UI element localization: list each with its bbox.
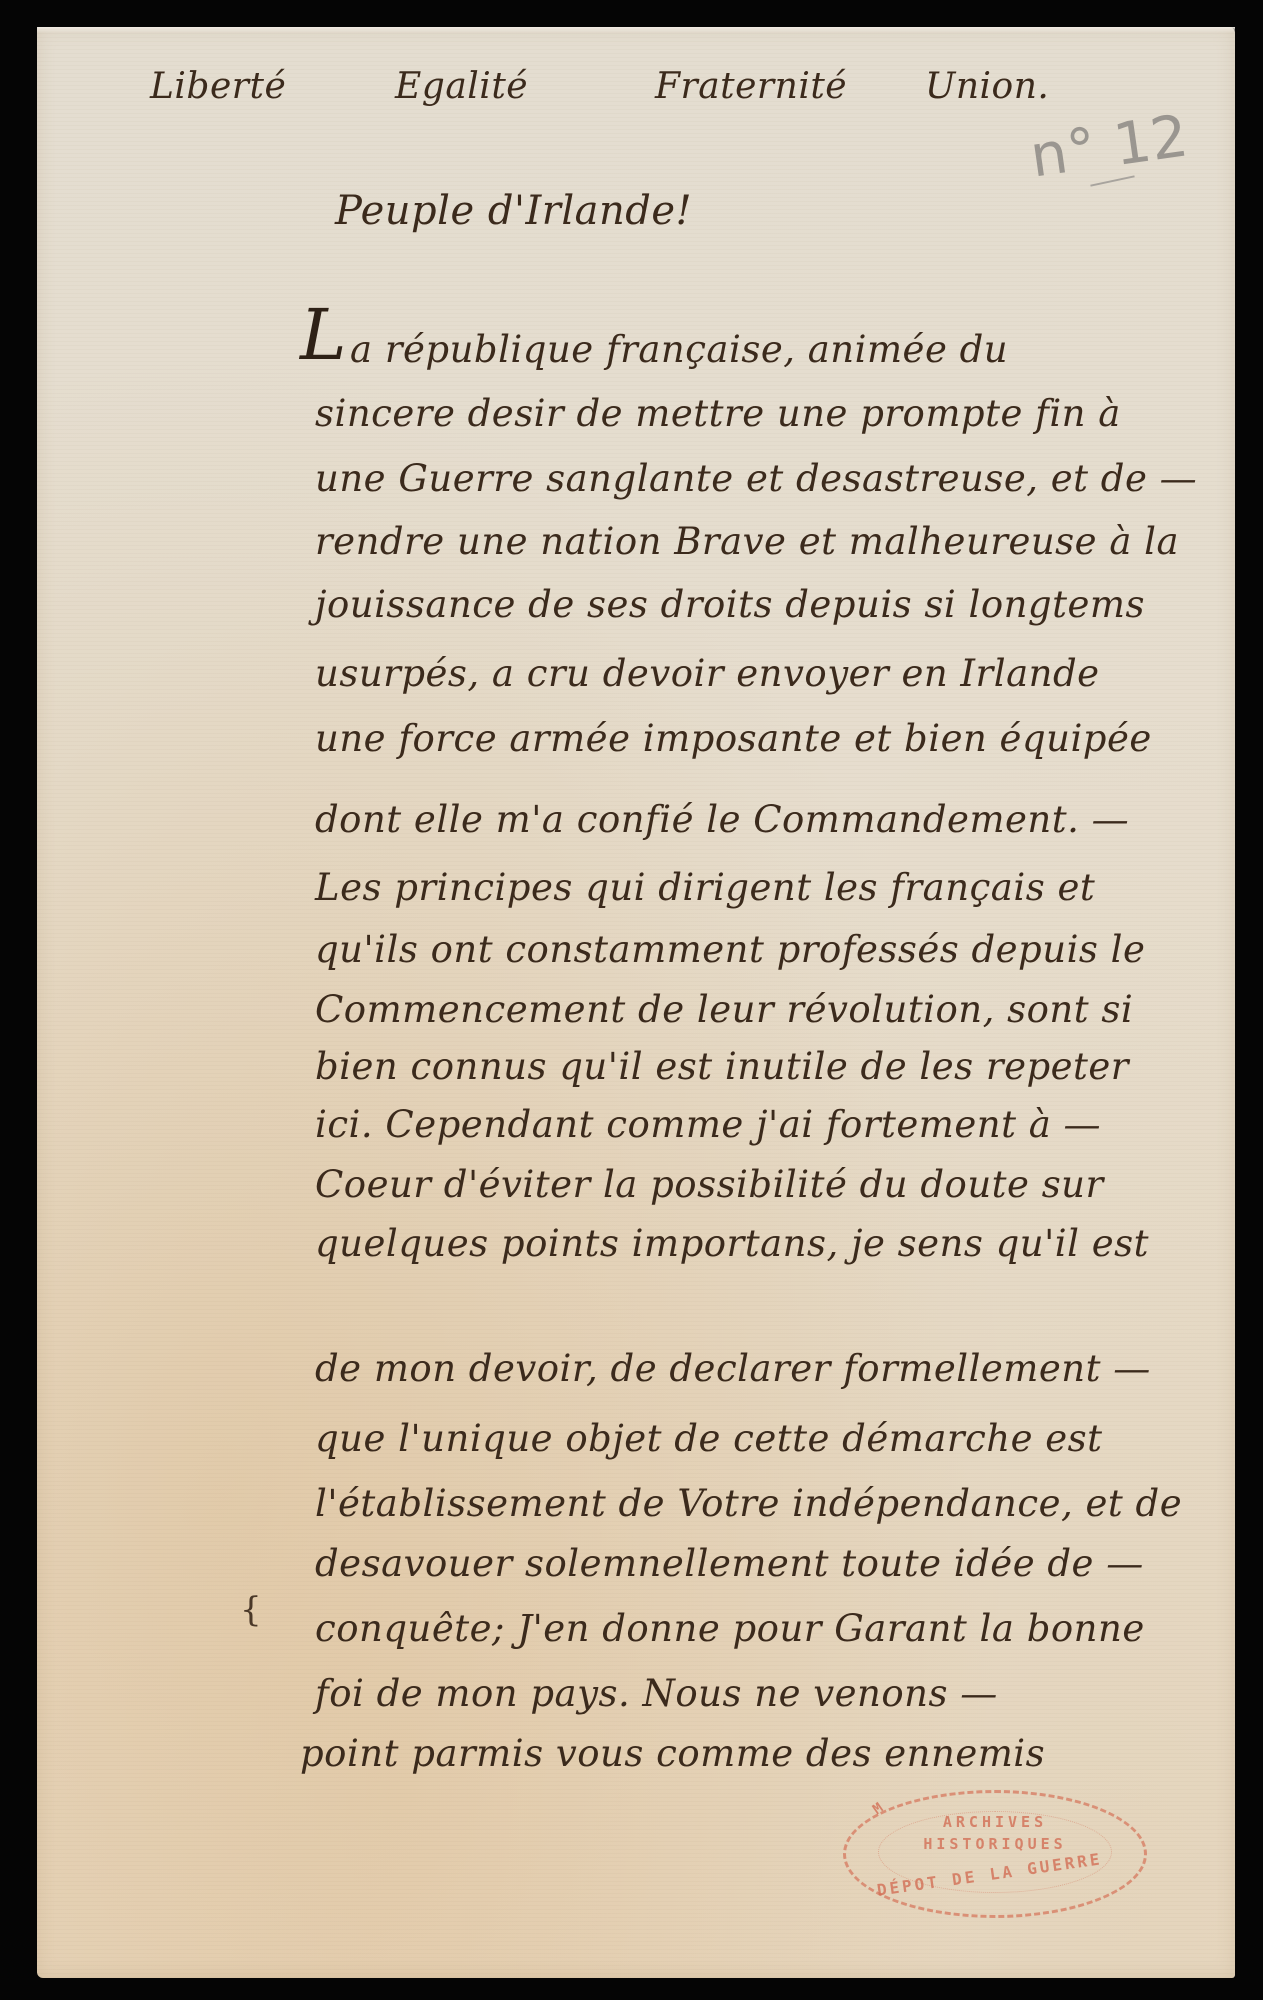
paper-edge	[37, 27, 1235, 33]
motto-union: Union.	[925, 66, 1049, 107]
text-line: foi de mon pays. Nous ne venons —	[315, 1672, 1195, 1715]
motto-egalite: Egalité	[395, 66, 528, 107]
text-line: une force armée imposante et bien équipé…	[315, 717, 1195, 760]
text-line: Les principes qui dirigent les français …	[315, 866, 1195, 909]
text-line: desavouer solemnellement toute idée de —	[315, 1542, 1195, 1585]
text-line: point parmis vous comme des ennemis	[300, 1732, 1180, 1775]
text-line: usurpés, a cru devoir envoyer en Irlande	[315, 652, 1195, 695]
salutation: Peuple d'Irlande!	[335, 188, 692, 234]
text-line: que l'unique objet de cette démarche est	[315, 1417, 1195, 1460]
text-line: Commencement de leur révolution, sont si	[315, 988, 1195, 1031]
margin-bracket-mark: {	[240, 1590, 262, 1630]
motto-fraternite: Fraternité	[655, 66, 847, 107]
text-line: conquête; J'en donne pour Garant la bonn…	[315, 1607, 1195, 1650]
text-line: de mon devoir, de declarer formellement …	[315, 1347, 1195, 1390]
text-line: rendre une nation Brave et malheureuse à…	[315, 520, 1195, 563]
archives-stamp: M ARCHIVES HISTORIQUES DÉPOT DE LA GUERR…	[843, 1790, 1147, 1918]
text-line: sincere desir de mettre une prompte fin …	[315, 392, 1195, 435]
stamp-line-archives: ARCHIVES	[846, 1813, 1144, 1831]
text-line: dont elle m'a confié le Commandement. —	[315, 798, 1195, 841]
motto-liberte: Liberté	[150, 66, 286, 107]
text-line: qu'ils ont constamment professés depuis …	[315, 928, 1195, 971]
text-line: quelques points importans, je sens qu'il…	[315, 1222, 1195, 1265]
text-line: a république française, animée du	[350, 328, 1230, 371]
text-line: bien connus qu'il est inutile de les rep…	[315, 1045, 1195, 1088]
text-line: l'établissement de Votre indépendance, e…	[315, 1482, 1195, 1525]
text-line: Coeur d'éviter la possibilité du doute s…	[315, 1163, 1195, 1206]
text-line: une Guerre sanglante et desastreuse, et …	[315, 457, 1195, 500]
text-line: ici. Cependant comme j'ai fortement à —	[315, 1103, 1195, 1146]
drop-cap: L	[300, 300, 347, 370]
text-line: jouissance de ses droits depuis si longt…	[315, 583, 1195, 626]
